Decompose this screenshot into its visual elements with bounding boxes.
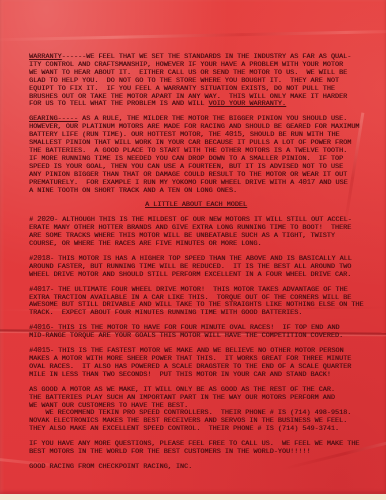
paper-crease	[0, 30, 386, 42]
text-line: A LITTLE ABOUT EACH MODEL	[29, 202, 363, 210]
paragraph-model-4016: #4016- THIS IS THE MOTOR TO HAVE FOR FOU…	[29, 325, 363, 341]
text-line: BEST MOTORS IN THE WORLD FOR THE BEST CU…	[29, 449, 363, 457]
model-number: 2018	[33, 255, 50, 263]
underlined-text: A LITTLE ABOUT EACH MODEL	[145, 201, 247, 209]
text-line: A NINE TOOTH ON SHORT TRACK AND A TEN ON…	[29, 188, 363, 196]
underlined-text: GEARING-----	[29, 115, 78, 123]
text-line: GOOD RACING FROM CHECKPOINT RACING, INC.	[29, 464, 363, 472]
text-line: MID-RANGE TORQUE ARE YOUR GOALS THIS MOT…	[29, 333, 363, 341]
section-heading: A LITTLE ABOUT EACH MODEL	[29, 202, 363, 210]
paragraph-model-4017: #4017- THE ULTIMATE FOUR WHEEL DRIVE MOT…	[29, 287, 363, 319]
model-number: 4016	[33, 324, 50, 332]
model-number: 4017	[33, 286, 50, 294]
model-number: 4015	[33, 347, 50, 355]
text-line: THEY ALSO MAKE AN EXCELLENT SPEED CONTRO…	[29, 426, 363, 434]
model-number: 4017	[298, 179, 315, 187]
paragraph-gearing: GEARING----- AS A RULE, THE MILDER THE M…	[29, 116, 363, 195]
paragraph-model-2020: # 2020- ALTHOUGH THIS IS THE MILDEST OF …	[29, 217, 363, 249]
signoff-line: GOOD RACING FROM CHECKPOINT RACING, INC.	[29, 464, 363, 472]
red-paper-sheet: WARRANTY------WE FEEL THAT WE SET THE ST…	[0, 0, 386, 494]
text-line: MILE IN LESS THAN TWO SECONDS! PUT THIS …	[29, 372, 363, 380]
text-line: TRACK. EXPECT ABOUT FOUR MINUTES RUNNING…	[29, 310, 363, 318]
underlined-text: VOID YOUR WARRANTY.	[208, 100, 286, 108]
text-line: WHEEL DRIVE MOTOR AND SHOULD STILL PERFO…	[29, 272, 363, 280]
text-line: COURSE, OR WHERE THE RACES ARE FIVE MINU…	[29, 241, 363, 249]
underlined-text: WARRANTY	[29, 53, 62, 61]
scanned-letter: WARRANTY------WE FEEL THAT WE SET THE ST…	[0, 0, 386, 500]
model-number: 2020	[37, 216, 54, 224]
letter-body: WARRANTY------WE FEEL THAT WE SET THE ST…	[29, 54, 363, 479]
paragraph-model-4015: #4015- THIS IS THE FASTEST MOTOR WE MAKE…	[29, 348, 363, 380]
paragraph-batteries-recommendations: AS GOOD A MOTOR AS WE MAKE, IT WILL ONLY…	[29, 387, 363, 434]
model-number: 4015	[225, 131, 242, 139]
paragraph-questions: IF YOU HAVE ANY MORE QUESTIONS, PLEASE F…	[29, 441, 363, 457]
paragraph-model-2018: #2018- THIS MOTOR IS HAS A HIGHER TOP SP…	[29, 256, 363, 280]
text-line: FOR US TO TELL WHAT THE PROBLEM IS AND W…	[29, 101, 363, 109]
paragraph-warranty: WARRANTY------WE FEEL THAT WE SET THE ST…	[29, 54, 363, 109]
